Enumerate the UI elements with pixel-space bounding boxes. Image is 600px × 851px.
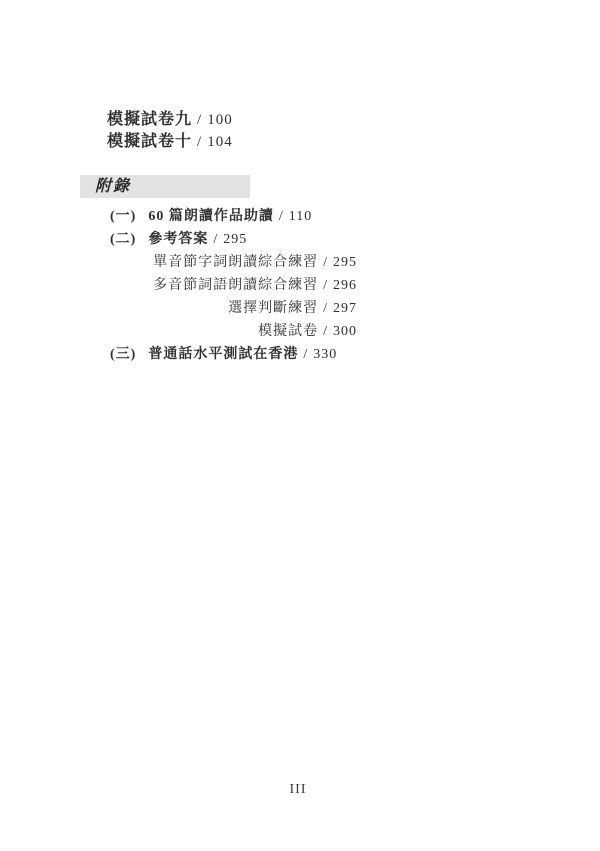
toc-entry: 模擬試卷十/104	[107, 131, 233, 153]
toc-entry-number: (二)	[110, 232, 136, 247]
toc-entry-page: 295	[223, 232, 247, 247]
toc-entry: (三)普通話水平測試在香港/330	[0, 343, 600, 366]
toc-entry-page: 110	[289, 209, 312, 224]
toc-entry-label: 模擬試卷	[258, 324, 318, 339]
toc-separator: /	[303, 347, 308, 362]
toc-entry-label: 多音節詞語朗讀綜合練習	[153, 278, 318, 293]
toc-subentry: 多音節詞語朗讀綜合練習/296	[0, 274, 357, 297]
toc-entry-page: 100	[207, 112, 233, 128]
toc-page: 模擬試卷九/100 模擬試卷十/104 附錄 (一)60 篇朗讀作品助讀/110…	[0, 0, 600, 851]
toc-subentry: 模擬試卷/300	[0, 320, 357, 343]
toc-entry-label: 模擬試卷十	[107, 133, 192, 150]
toc-separator: /	[279, 209, 284, 224]
appendix-section-title: 附錄	[80, 175, 250, 198]
toc-separator: /	[323, 324, 328, 339]
toc-entry-label: 60 篇朗讀作品助讀	[148, 209, 274, 224]
toc-separator: /	[197, 134, 202, 150]
toc-entry-page: 296	[333, 278, 357, 293]
toc-subentry: 選擇判斷練習/297	[0, 297, 357, 320]
toc-separator: /	[213, 232, 218, 247]
toc-entry-page: 295	[333, 255, 357, 270]
toc-entry: (二)參考答案/295	[0, 228, 600, 251]
toc-entry-label: 參考答案	[148, 232, 208, 247]
toc-entry: (一)60 篇朗讀作品助讀/110	[0, 205, 600, 228]
appendix-section-bar: 附錄	[80, 175, 250, 198]
toc-entry-number: (三)	[110, 347, 136, 362]
toc-entry-page: 300	[333, 324, 357, 339]
toc-entry-page: 297	[333, 301, 357, 316]
toc-separator: /	[323, 278, 328, 293]
appendix-item-list: (一)60 篇朗讀作品助讀/110 (二)參考答案/295 單音節字詞朗讀綜合練…	[0, 205, 600, 366]
toc-entry-page: 330	[313, 347, 337, 362]
toc-entry-label: 普通話水平測試在香港	[148, 347, 298, 362]
toc-entry-page: 104	[207, 134, 233, 150]
page-number: III	[0, 782, 596, 798]
toc-entry: 模擬試卷九/100	[107, 109, 233, 131]
toc-entry-label: 單音節字詞朗讀綜合練習	[153, 255, 318, 270]
toc-separator: /	[323, 255, 328, 270]
toc-entry-number: (一)	[110, 209, 136, 224]
toc-separator: /	[197, 112, 202, 128]
toc-top-entries: 模擬試卷九/100 模擬試卷十/104	[107, 109, 233, 153]
toc-entry-label: 選擇判斷練習	[228, 301, 318, 316]
toc-subentry: 單音節字詞朗讀綜合練習/295	[0, 251, 357, 274]
toc-entry-label: 模擬試卷九	[107, 111, 192, 128]
toc-separator: /	[323, 301, 328, 316]
